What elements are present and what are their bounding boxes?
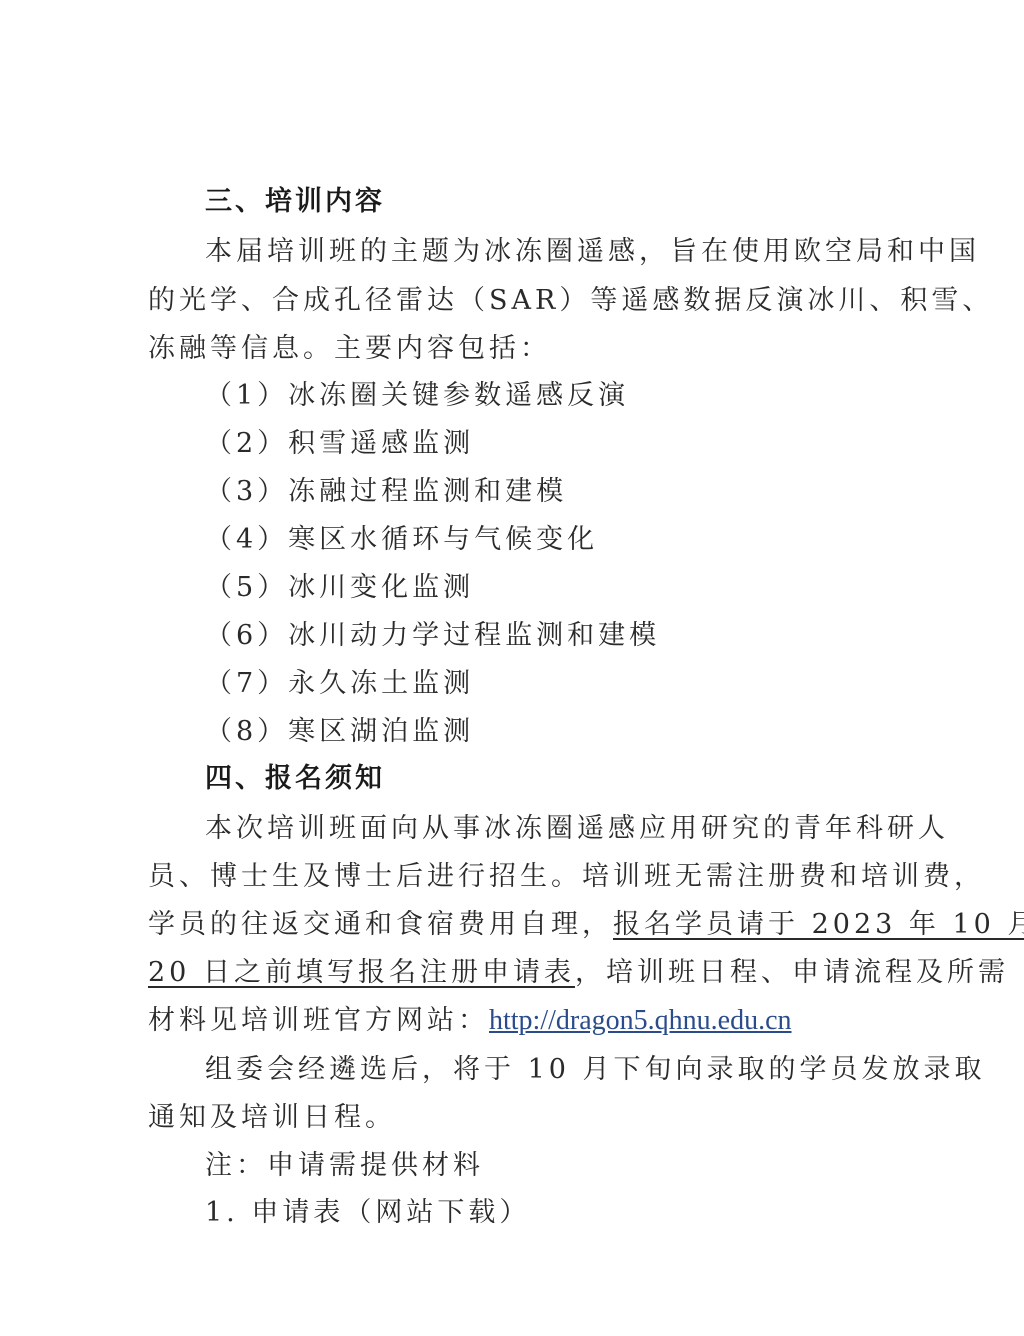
list-item: （3）冻融过程监测和建模	[205, 478, 567, 505]
paragraph-line: 通知及培训日程。	[148, 1104, 396, 1131]
paragraph-text: ，培训班日程、申请流程及所需	[575, 957, 1009, 988]
website-link[interactable]: http://dragon5.qhnu.edu.cn	[489, 1005, 792, 1036]
document-page: 三、培训内容 本届培训班的主题为冰冻圈遥感，旨在使用欧空局和中国 的光学、合成孔…	[0, 0, 1024, 1336]
list-item: （2）积雪遥感监测	[205, 430, 474, 457]
deadline-underlined-text: 报名学员请于 2023 年 10 月	[613, 909, 1024, 940]
paragraph-text: 学员的往返交通和食宿费用自理，	[148, 909, 613, 940]
list-item: （7）永久冻土监测	[205, 670, 474, 697]
paragraph-line: 组委会经遴选后，将于 10 月下旬向录取的学员发放录取	[205, 1056, 986, 1083]
materials-item: 1. 申请表（网站下载）	[205, 1199, 530, 1226]
paragraph-line: 20 日之前填写报名注册申请表，培训班日程、申请流程及所需	[148, 959, 1009, 986]
list-item: （6）冰川动力学过程监测和建模	[205, 622, 660, 649]
section-heading-registration: 四、报名须知	[205, 765, 385, 792]
paragraph-line: 材料见培训班官方网站：http://dragon5.qhnu.edu.cn	[148, 1007, 792, 1035]
paragraph-line: 学员的往返交通和食宿费用自理，报名学员请于 2023 年 10 月	[148, 911, 1024, 938]
paragraph-line: 本届培训班的主题为冰冻圈遥感，旨在使用欧空局和中国	[205, 238, 980, 265]
deadline-underlined-text: 20 日之前填写报名注册申请表	[148, 957, 575, 988]
note-line: 注：申请需提供材料	[205, 1152, 484, 1179]
section-heading-training-content: 三、培训内容	[205, 188, 385, 215]
list-item: （5）冰川变化监测	[205, 574, 474, 601]
list-item: （4）寒区水循环与气候变化	[205, 526, 598, 553]
paragraph-line: 员、博士生及博士后进行招生。培训班无需注册费和培训费，	[148, 863, 985, 890]
paragraph-line: 的光学、合成孔径雷达（SAR）等遥感数据反演冰川、积雪、	[148, 287, 993, 314]
paragraph-line: 冻融等信息。主要内容包括：	[148, 335, 551, 362]
paragraph-line: 本次培训班面向从事冰冻圈遥感应用研究的青年科研人	[205, 815, 949, 842]
list-item: （8）寒区湖泊监测	[205, 718, 474, 745]
list-item: （1）冰冻圈关键参数遥感反演	[205, 382, 629, 409]
paragraph-text: 材料见培训班官方网站：	[148, 1005, 489, 1036]
